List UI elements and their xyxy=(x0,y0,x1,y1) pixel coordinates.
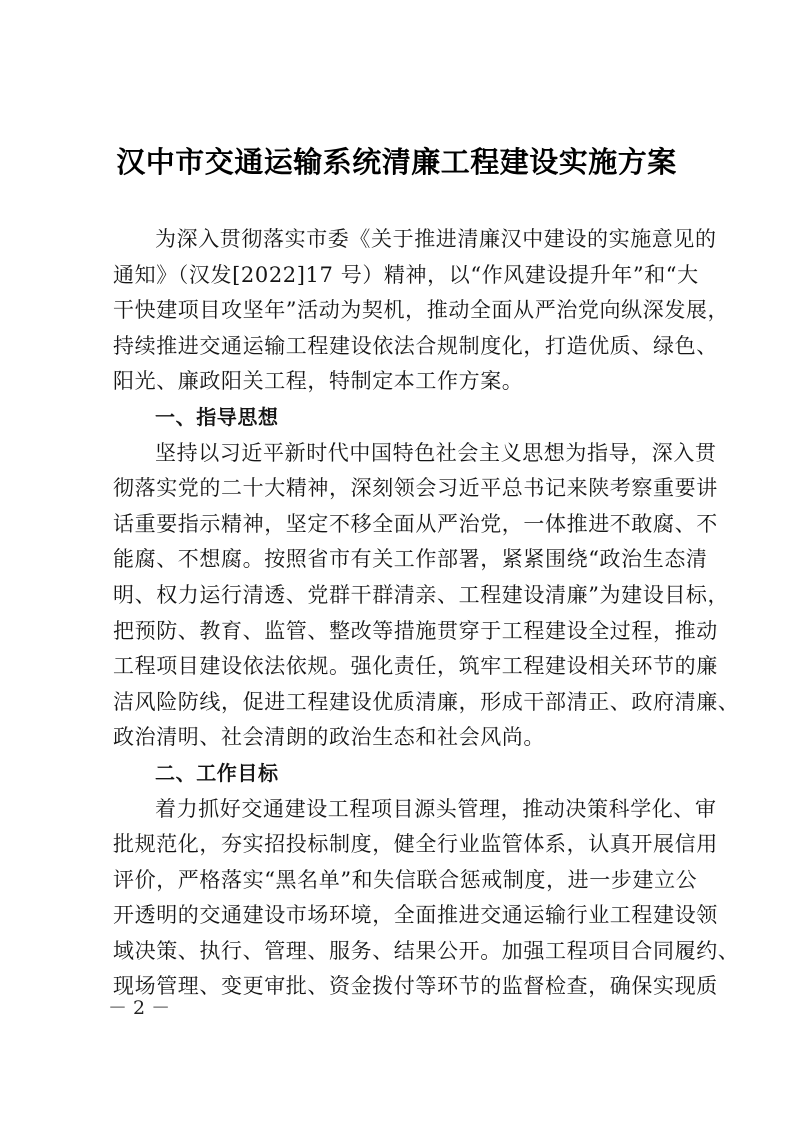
text-line: 把预防、教育、监管、整改等措施贯穿于工程建设全过程，推动 xyxy=(113,614,703,650)
section-heading-guiding-ideology: 一、指导思想 xyxy=(113,400,703,436)
section-paragraph-guiding-ideology: 坚持以习近平新时代中国特色社会主义思想为指导，深入贯 彻落实党的二十大精神，深刻… xyxy=(113,436,703,756)
text-line: 开透明的交通建设市场环境，全面推进交通运输行业工程建设领 xyxy=(113,898,703,934)
text-line: 持续推进交通运输工程建设依法合规制度化，打造优质、绿色、 xyxy=(113,329,703,365)
text-line: 域决策、执行、管理、服务、结果公开。加强工程项目合同履约、 xyxy=(113,934,703,970)
text-line: 坚持以习近平新时代中国特色社会主义思想为指导，深入贯 xyxy=(113,436,703,472)
text-line: 明、权力运行清透、党群干群清亲、工程建设清廉”为建设目标， xyxy=(113,578,703,614)
text-line: 为深入贯彻落实市委《关于推进清廉汉中建设的实施意见的 xyxy=(113,222,703,258)
text-line: 干快建项目攻坚年”活动为契机，推动全面从严治党向纵深发展， xyxy=(113,293,703,329)
text-line: 通知》（汉发[2022]17 号）精神，以“作风建设提升年”和“大 xyxy=(113,258,703,294)
text-line: 彻落实党的二十大精神，深刻领会习近平总书记来陕考察重要讲 xyxy=(113,471,703,507)
text-line: 洁风险防线，促进工程建设优质清廉，形成干部清正、政府清廉、 xyxy=(113,685,703,721)
section-paragraph-work-objectives: 着力抓好交通建设工程项目源头管理，推动决策科学化、审 批规范化，夯实招投标制度，… xyxy=(113,792,703,1006)
intro-paragraph: 为深入贯彻落实市委《关于推进清廉汉中建设的实施意见的 通知》（汉发[2022]1… xyxy=(113,222,703,400)
document-body: 为深入贯彻落实市委《关于推进清廉汉中建设的实施意见的 通知》（汉发[2022]1… xyxy=(113,222,703,1005)
text-line: 阳光、廉政阳关工程，特制定本工作方案。 xyxy=(113,364,703,400)
document-title: 汉中市交通运输系统清廉工程建设实施方案 xyxy=(0,140,793,181)
text-line: 政治清明、社会清朗的政治生态和社会风尚。 xyxy=(113,720,703,756)
text-line: 能腐、不想腐。按照省市有关工作部署，紧紧围绕“政治生态清 xyxy=(113,542,703,578)
document-page: 汉中市交通运输系统清廉工程建设实施方案 为深入贯彻落实市委《关于推进清廉汉中建设… xyxy=(0,0,793,1122)
page-number: － 2 － xyxy=(108,993,170,1020)
text-line: 现场管理、变更审批、资金拨付等环节的监督检查，确保实现质 xyxy=(113,969,703,1005)
text-line: 工程项目建设依法依规。强化责任，筑牢工程建设相关环节的廉 xyxy=(113,649,703,685)
text-line: 批规范化，夯实招投标制度，健全行业监管体系，认真开展信用 xyxy=(113,827,703,863)
text-line: 话重要指示精神，坚定不移全面从严治党，一体推进不敢腐、不 xyxy=(113,507,703,543)
text-line: 评价，严格落实“黑名单”和失信联合惩戒制度，进一步建立公 xyxy=(113,863,703,899)
text-line: 着力抓好交通建设工程项目源头管理，推动决策科学化、审 xyxy=(113,792,703,828)
section-heading-work-objectives: 二、工作目标 xyxy=(113,756,703,792)
